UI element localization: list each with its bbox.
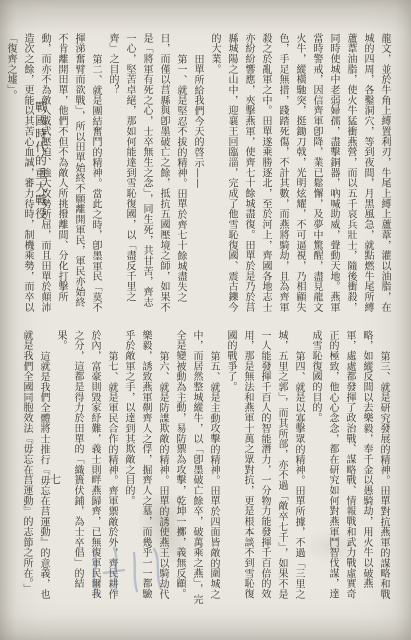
paragraph-narrative-continuation: 龍文，並於牛角上縛置利刃，牛尾上縛上蘆葦，灌以油脂，在城的四周，各鑿洞穴，等到夜… [206,33,393,313]
paragraph-lesson-4: 第四、就是以寡擊眾的精神。田單所據，不過「三里之城，五里之郭」，而其所部，亦不過… [222,330,307,609]
paragraph-closing: 這就是我們全體將士推行『毋忘在莒運動』的意義，也就是我們全國同胞效法『毋忘在莒運… [18,330,52,609]
paragraph-lesson-2: 第二、就是團結奮鬥的精神。當此之時，卽墨軍民「莫不揮涕奮臂而欲戰」，所以田單始終… [2,33,104,313]
paragraph-lesson-3: 第三、就是研究發展的精神。田單對抗燕軍的謀略和戰略，如縱反間以去樂毅，奉千金以愚… [307,330,392,609]
paragraph-lesson-6: 第六、就是防諜欺敵的精神。田單的誘使燕王以騎劫代樂毅，誘致燕軍劓齊人之俘，掘齊人… [120,330,171,609]
body-top-band: 龍文，並於牛角上縛置利刃，牛尾上縛上蘆葦，灌以油脂，在城的四周，各鑿洞穴，等到夜… [35,33,393,313]
book-page: { "page": { "margin_title": "戰國時代的重大戰役",… [0,0,411,640]
paragraph-lesson-5: 第五、就是主動攻擊的精神。田單於四面皆敵的圍城之中，而居然整城縱牛，以「卽墨破亡… [171,330,222,609]
paragraph-lesson-1: 第一、就是堅忍不拔的精神。田單於齊七十餘城盡失之日，而僅以莒縣與卽墨破亡之餘，抵… [104,33,189,313]
body-bottom-band: 第三、就是研究發展的精神。田單對抗燕軍的謀略和戰略，如縱反間以去樂毅，奉千金以愚… [54,330,392,609]
section-heading-lessons: 田單所給我們今天的啓示—— [189,33,206,313]
paragraph-lesson-7: 第七、就是軍民合作的精神。齊軍禦敵於外，齊民耕作於內，富豪則毀家紓難，義士則畔燕… [52,330,120,609]
